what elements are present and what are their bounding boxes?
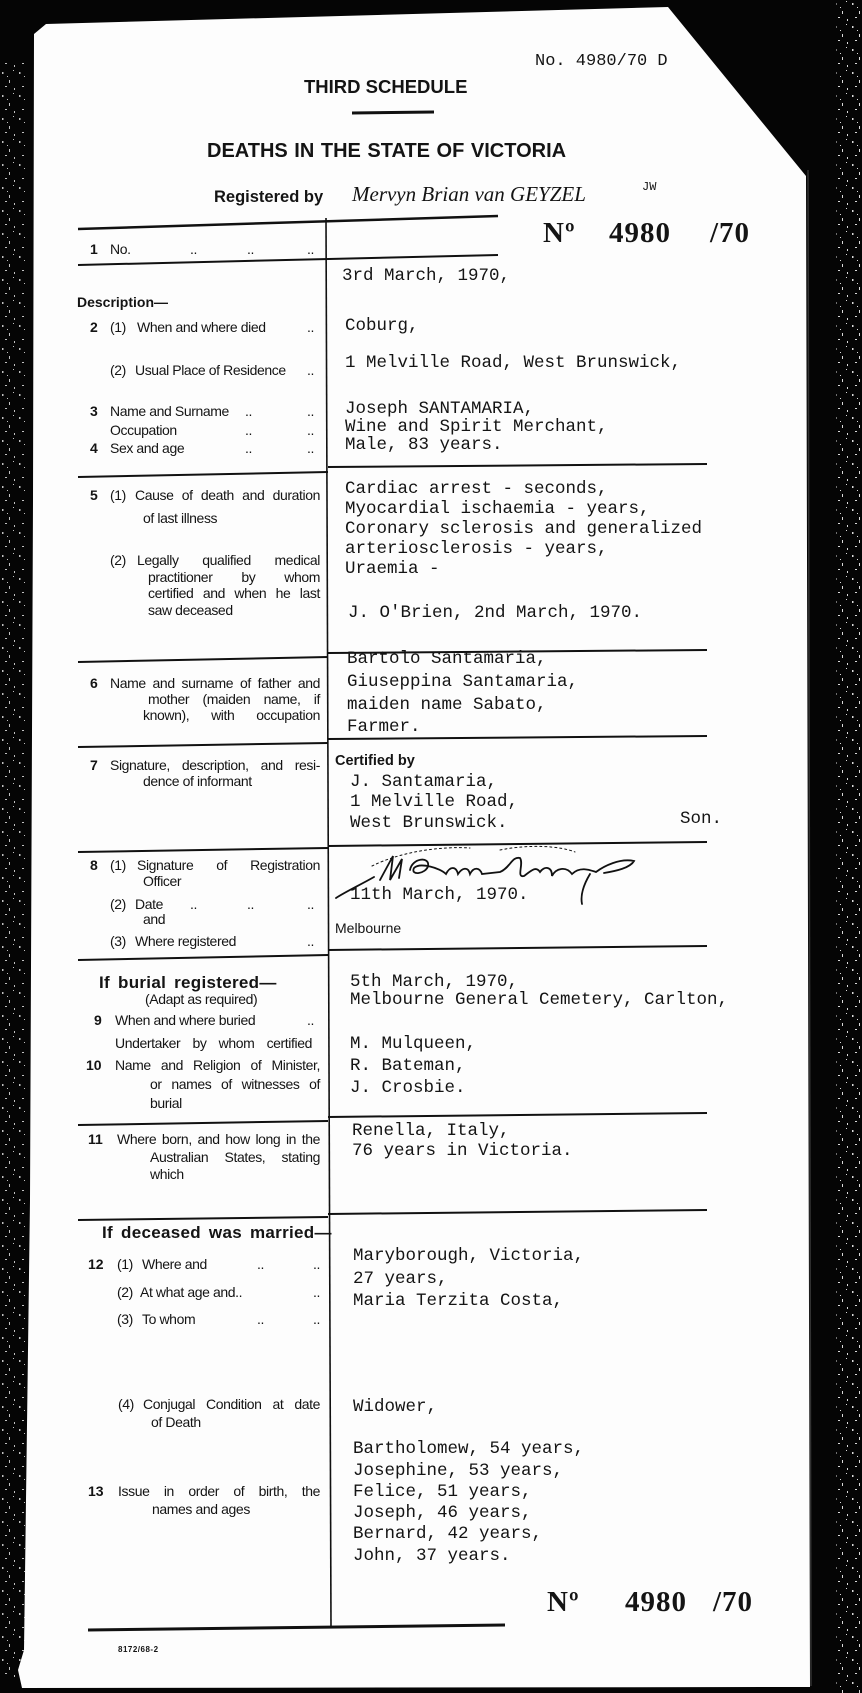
sub-item-marker: (1) <box>110 488 126 502</box>
sub-item-marker: (2) <box>117 1285 133 1299</box>
label-issue: Issue in order of birth, the <box>118 1484 320 1498</box>
value-cause-of-death: Coronary sclerosis and generalized <box>345 521 702 539</box>
leader-dots: .. <box>307 441 314 455</box>
value-child: Josephine, 53 years, <box>353 1463 563 1481</box>
leader-dots: .. <box>307 423 314 437</box>
label-conjugal-condition: Conjugal Condition at date <box>143 1397 320 1411</box>
label-no: No. <box>110 242 131 256</box>
value-parents: Giuseppina Santamaria, <box>347 674 578 692</box>
reference-number: No. 4980/70 D <box>535 53 668 70</box>
leader-dots: .. <box>257 1312 264 1326</box>
sub-item-marker: (1) <box>117 1257 133 1271</box>
value-cause-of-death: Uraemia - <box>345 561 440 579</box>
entry-number: 4980 <box>625 1588 687 1617</box>
leader-dots: .. <box>307 1013 314 1027</box>
value-certifying-practitioner: J. O'Brien, 2nd March, 1970. <box>348 605 642 623</box>
label-sex-age: Sex and age <box>110 441 184 455</box>
value-usual-residence: 1 Melville Road, West Brunswick, <box>345 355 681 373</box>
leader-dots: .. <box>245 423 252 437</box>
leader-dots: .. <box>190 897 197 911</box>
value-informant: J. Santamaria, <box>350 774 497 792</box>
sub-item-marker: (2) <box>110 363 126 377</box>
item-number: 6 <box>90 676 98 690</box>
sub-item-marker: (3) <box>117 1312 133 1326</box>
burial-note: (Adapt as required) <box>145 992 257 1006</box>
schedule-title: THIRD SCHEDULE <box>304 78 467 97</box>
value-date-of-death: 3rd March, 1970, <box>342 268 510 286</box>
item-number: 7 <box>90 758 98 772</box>
label-registration-signature: Officer <box>143 874 181 888</box>
schedule-underline <box>352 112 434 113</box>
sub-item-marker: (1) <box>110 320 126 334</box>
label-cause-of-death: Cause of death and duration <box>135 488 320 502</box>
value-name: Joseph SANTAMARIA, <box>345 401 534 419</box>
label-burial-when-where: When and where buried <box>115 1013 255 1027</box>
label-connector: and <box>143 912 165 926</box>
sub-item-marker: (2) <box>110 897 126 911</box>
value-child: Joseph, 46 years, <box>353 1505 532 1523</box>
value-informant-relationship: Son. <box>680 811 722 829</box>
registrar-name: Mervyn Brian van GEYZEL <box>352 184 586 205</box>
description-heading: Description— <box>77 295 168 309</box>
label-marriage-age: At what age and.. <box>140 1285 242 1299</box>
clerk-initials: JW <box>642 181 656 193</box>
value-witness: R. Bateman, <box>350 1058 466 1076</box>
leader-dots: .. <box>313 1285 320 1299</box>
value-child: Bartholomew, 54 years, <box>353 1441 584 1459</box>
form-code: 8172/68-2 <box>118 1646 159 1654</box>
label-minister-witnesses: burial <box>150 1096 182 1110</box>
registered-by-label: Registered by <box>214 189 323 206</box>
label-medical-practitioner: saw deceased <box>148 603 233 617</box>
value-child: Felice, 51 years, <box>353 1484 532 1502</box>
leader-dots: .. <box>247 242 254 256</box>
label-minister-witnesses: or names of witnesses of <box>150 1077 320 1091</box>
entry-year: /70 <box>710 219 750 248</box>
value-marriage-age: 27 years, <box>353 1271 448 1289</box>
certified-by-label: Certified by <box>335 754 415 769</box>
label-cause-of-death: of last illness <box>143 511 217 525</box>
item-number: 10 <box>86 1058 102 1072</box>
value-informant: 1 Melville Road, <box>350 794 518 812</box>
entry-number-symbol: Nº <box>543 219 576 248</box>
leader-dots: .. <box>257 1257 264 1271</box>
value-registration-date: 11th March, 1970. <box>350 887 529 905</box>
label-minister-witnesses: Name and Religion of Minister, <box>115 1058 320 1072</box>
label-marriage-where: Where and <box>142 1257 207 1271</box>
label-occupation: Occupation <box>110 423 177 437</box>
value-spouse: Maria Terzita Costa, <box>353 1293 563 1311</box>
label-usual-residence: Usual Place of Residence <box>135 363 286 377</box>
label-issue: names and ages <box>152 1502 250 1516</box>
label-birthplace: Australian States, stating <box>150 1150 320 1164</box>
value-informant: West Brunswick. <box>350 815 508 833</box>
sub-item-marker: (1) <box>110 858 126 872</box>
item-number: 3 <box>90 404 98 418</box>
entry-year: /70 <box>713 1588 753 1617</box>
entry-number: 4980 <box>609 219 671 248</box>
label-parents: known), with occupation <box>143 708 320 722</box>
value-parents: maiden name Sabato, <box>347 697 547 715</box>
value-registration-place: Melbourne <box>335 921 401 935</box>
entry-number-symbol: Nº <box>547 1588 580 1617</box>
item-number: 9 <box>94 1013 102 1027</box>
value-birthplace: Renella, Italy, <box>352 1123 510 1141</box>
leader-dots: .. <box>307 242 314 256</box>
label-birthplace: Where born, and how long in the <box>117 1132 320 1146</box>
value-marriage-place: Maryborough, Victoria, <box>353 1248 584 1266</box>
label-registration-date: Date <box>135 897 163 911</box>
sub-item-marker: (3) <box>110 934 126 948</box>
value-years-in-victoria: 76 years in Victoria. <box>352 1143 573 1161</box>
item-number: 13 <box>88 1484 104 1498</box>
item-number: 2 <box>90 320 98 334</box>
leader-dots: .. <box>313 1312 320 1326</box>
leader-dots: .. <box>245 404 252 418</box>
value-place-of-death: Coburg, <box>345 318 419 336</box>
label-medical-practitioner: practitioner by whom <box>148 570 320 584</box>
item-number: 12 <box>88 1257 104 1271</box>
label-informant: dence of informant <box>143 774 252 788</box>
value-conjugal-condition: Widower, <box>353 1399 437 1417</box>
leader-dots: .. <box>245 441 252 455</box>
leader-dots: .. <box>190 242 197 256</box>
label-undertaker: Undertaker by whom certified <box>115 1036 312 1050</box>
label-informant: Signature, description, and resi- <box>110 758 320 772</box>
leader-dots: .. <box>247 897 254 911</box>
value-cause-of-death: Myocardial ischaemia - years, <box>345 501 650 519</box>
item-number: 5 <box>90 488 98 502</box>
value-occupation: Wine and Spirit Merchant, <box>345 419 608 437</box>
label-name-surname: Name and Surname <box>110 404 229 418</box>
leader-dots: .. <box>307 320 314 334</box>
label-where-registered: Where registered <box>135 934 236 948</box>
item-number: 8 <box>90 858 98 872</box>
leader-dots: .. <box>313 1257 320 1271</box>
item-number: 11 <box>88 1132 103 1146</box>
leader-dots: .. <box>307 897 314 911</box>
value-sex-age: Male, 83 years. <box>345 437 503 455</box>
burial-heading: If burial registered— <box>99 974 277 991</box>
value-cause-of-death: Cardiac arrest - seconds, <box>345 481 608 499</box>
label-parents: mother (maiden name, if <box>148 692 320 706</box>
leader-dots: .. <box>307 934 314 948</box>
value-child: Bernard, 42 years, <box>353 1526 542 1544</box>
label-birthplace: which <box>150 1167 184 1181</box>
value-undertaker: M. Mulqueen, <box>350 1036 476 1054</box>
value-child: John, 37 years. <box>353 1548 511 1566</box>
value-parents: Farmer. <box>347 719 421 737</box>
sub-item-marker: (2) <box>110 553 126 567</box>
value-cause-of-death: arteriosclerosis - years, <box>345 541 608 559</box>
label-medical-practitioner: Legally qualified medical <box>137 553 320 567</box>
label-when-where-died: When and where died <box>137 320 266 334</box>
label-medical-practitioner: certified and when he last <box>148 586 320 600</box>
sub-item-marker: (4) <box>118 1397 134 1411</box>
paper-sheet <box>18 7 810 1688</box>
label-parents: Name and surname of father and <box>110 676 320 690</box>
value-parents: Bartolo Santamaria, <box>347 651 547 669</box>
death-certificate-scan: No. 4980/70 D THIRD SCHEDULE DEATHS IN T… <box>0 0 862 1693</box>
leader-dots: .. <box>307 404 314 418</box>
value-burial-place: Melbourne General Cemetery, Carlton, <box>350 992 728 1010</box>
label-marriage-to-whom: To whom <box>142 1312 195 1326</box>
leader-dots: .. <box>307 363 314 377</box>
label-conjugal-condition: of Death <box>151 1415 201 1429</box>
document-title: DEATHS IN THE STATE OF VICTORIA <box>207 141 566 161</box>
married-heading: If deceased was married— <box>102 1224 332 1241</box>
label-registration-signature: Signature of Registration <box>137 858 320 872</box>
item-number: 4 <box>90 441 98 455</box>
item-number: 1 <box>90 242 98 256</box>
value-burial-date: 5th March, 1970, <box>350 974 518 992</box>
value-witness: J. Crosbie. <box>350 1080 466 1098</box>
